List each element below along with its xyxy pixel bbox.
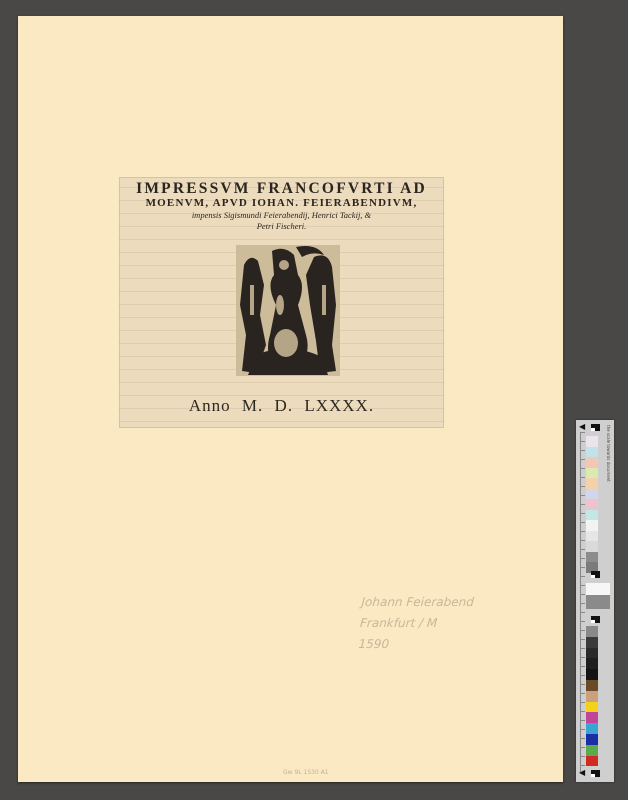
color-patch	[586, 531, 598, 542]
color-patch	[586, 637, 598, 648]
target-marker-icon	[591, 571, 600, 578]
ruler-scale	[580, 432, 585, 772]
color-patch	[586, 499, 598, 510]
white-patch	[586, 583, 610, 595]
color-patches-bottom	[586, 626, 598, 766]
color-patch	[586, 658, 598, 669]
woodcut-illustration	[236, 245, 340, 376]
color-patch	[586, 669, 598, 680]
color-patch	[586, 436, 598, 447]
color-patch	[586, 447, 598, 458]
title-line-3: impensis Sigismundi Feierabendij, Henric…	[119, 210, 444, 221]
shelfmark: Gw 9L 1S30 A1	[283, 769, 329, 776]
color-patch	[586, 648, 598, 659]
pencil-annotation: Johann Feierabend Frankfurt / M 1590	[358, 592, 475, 655]
annotation-line-1: Johann Feierabend	[361, 592, 475, 613]
color-patch	[586, 552, 598, 563]
color-patch	[586, 468, 598, 479]
color-patch	[586, 626, 598, 637]
color-patch	[586, 702, 598, 713]
title-line-1: IMPRESSVM FRANCOFVRTI AD	[119, 181, 444, 197]
color-patch	[586, 457, 598, 468]
color-patch	[586, 541, 598, 552]
annotation-line-2: Frankfurt / M	[359, 613, 473, 634]
title-line-4: Petri Fischeri.	[119, 221, 444, 232]
color-patch	[586, 745, 598, 756]
color-patch	[586, 691, 598, 702]
color-patches-top	[586, 436, 598, 573]
grey-patch	[586, 595, 610, 609]
publication-year: Anno M. D. LXXXX.	[119, 396, 444, 416]
color-patch	[586, 478, 598, 489]
target-marker-icon	[591, 616, 600, 623]
title-line-2: MOENVM, APVD IOHAN. FEIERABENDIVM,	[119, 197, 444, 210]
card-label: the scale towards document	[603, 425, 611, 525]
color-patch	[586, 510, 598, 521]
target-marker-icon	[591, 424, 600, 431]
color-patch	[586, 520, 598, 531]
colophon-title: IMPRESSVM FRANCOFVRTI AD MOENVM, APVD IO…	[119, 181, 444, 232]
annotation-line-3: 1590	[358, 634, 472, 655]
printed-colophon: IMPRESSVM FRANCOFVRTI AD MOENVM, APVD IO…	[119, 177, 444, 428]
color-patch	[586, 712, 598, 723]
arrow-icon: ◀	[579, 768, 585, 777]
color-patch	[586, 723, 598, 734]
target-marker-icon	[591, 770, 600, 777]
color-patch	[586, 756, 598, 767]
color-calibration-card: ◀ the scale towards document ◀	[576, 420, 614, 782]
color-patch	[586, 489, 598, 500]
arrow-icon: ◀	[579, 422, 585, 431]
color-patch	[586, 680, 598, 691]
color-patch	[586, 734, 598, 745]
